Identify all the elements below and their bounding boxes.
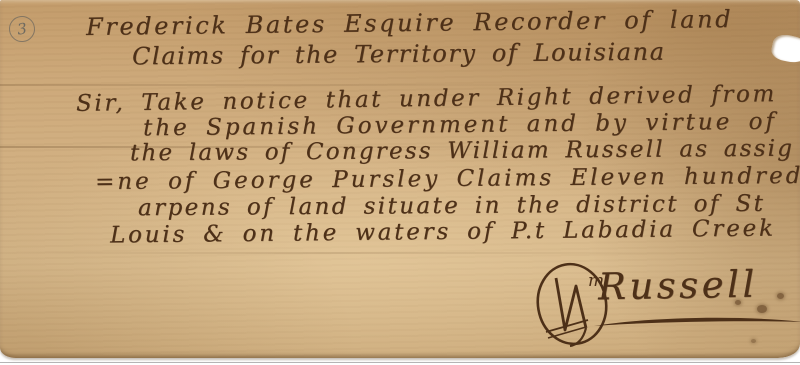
- letter-paper: 3 Frederick Bates Esquire Recorder of la…: [0, 0, 800, 358]
- scan-edge: [0, 362, 800, 363]
- body-line-3: the laws of Congress William Russell as …: [130, 136, 794, 167]
- signature-block: m Russell: [470, 250, 780, 350]
- body-line-6: Louis & on the waters of P.t Labadia Cre…: [110, 216, 776, 249]
- ink-stain: [751, 339, 756, 343]
- body-line-4: =ne of George Pursley Claims Eleven hund…: [95, 163, 800, 195]
- torn-edge-notch: [770, 32, 800, 65]
- ink-stain: [777, 293, 784, 299]
- heading-line-2: Claims for the Territory of Louisiana: [132, 38, 666, 71]
- ink-stain: [757, 305, 767, 313]
- ink-stain: [735, 300, 741, 305]
- page-number-annotation: 3: [7, 14, 36, 43]
- heading-line-1: Frederick Bates Esquire Recorder of land: [86, 5, 733, 41]
- scanned-document: 3 Frederick Bates Esquire Recorder of la…: [0, 0, 800, 365]
- signature-underline-flourish: [590, 316, 800, 330]
- page-number: 3: [16, 19, 28, 38]
